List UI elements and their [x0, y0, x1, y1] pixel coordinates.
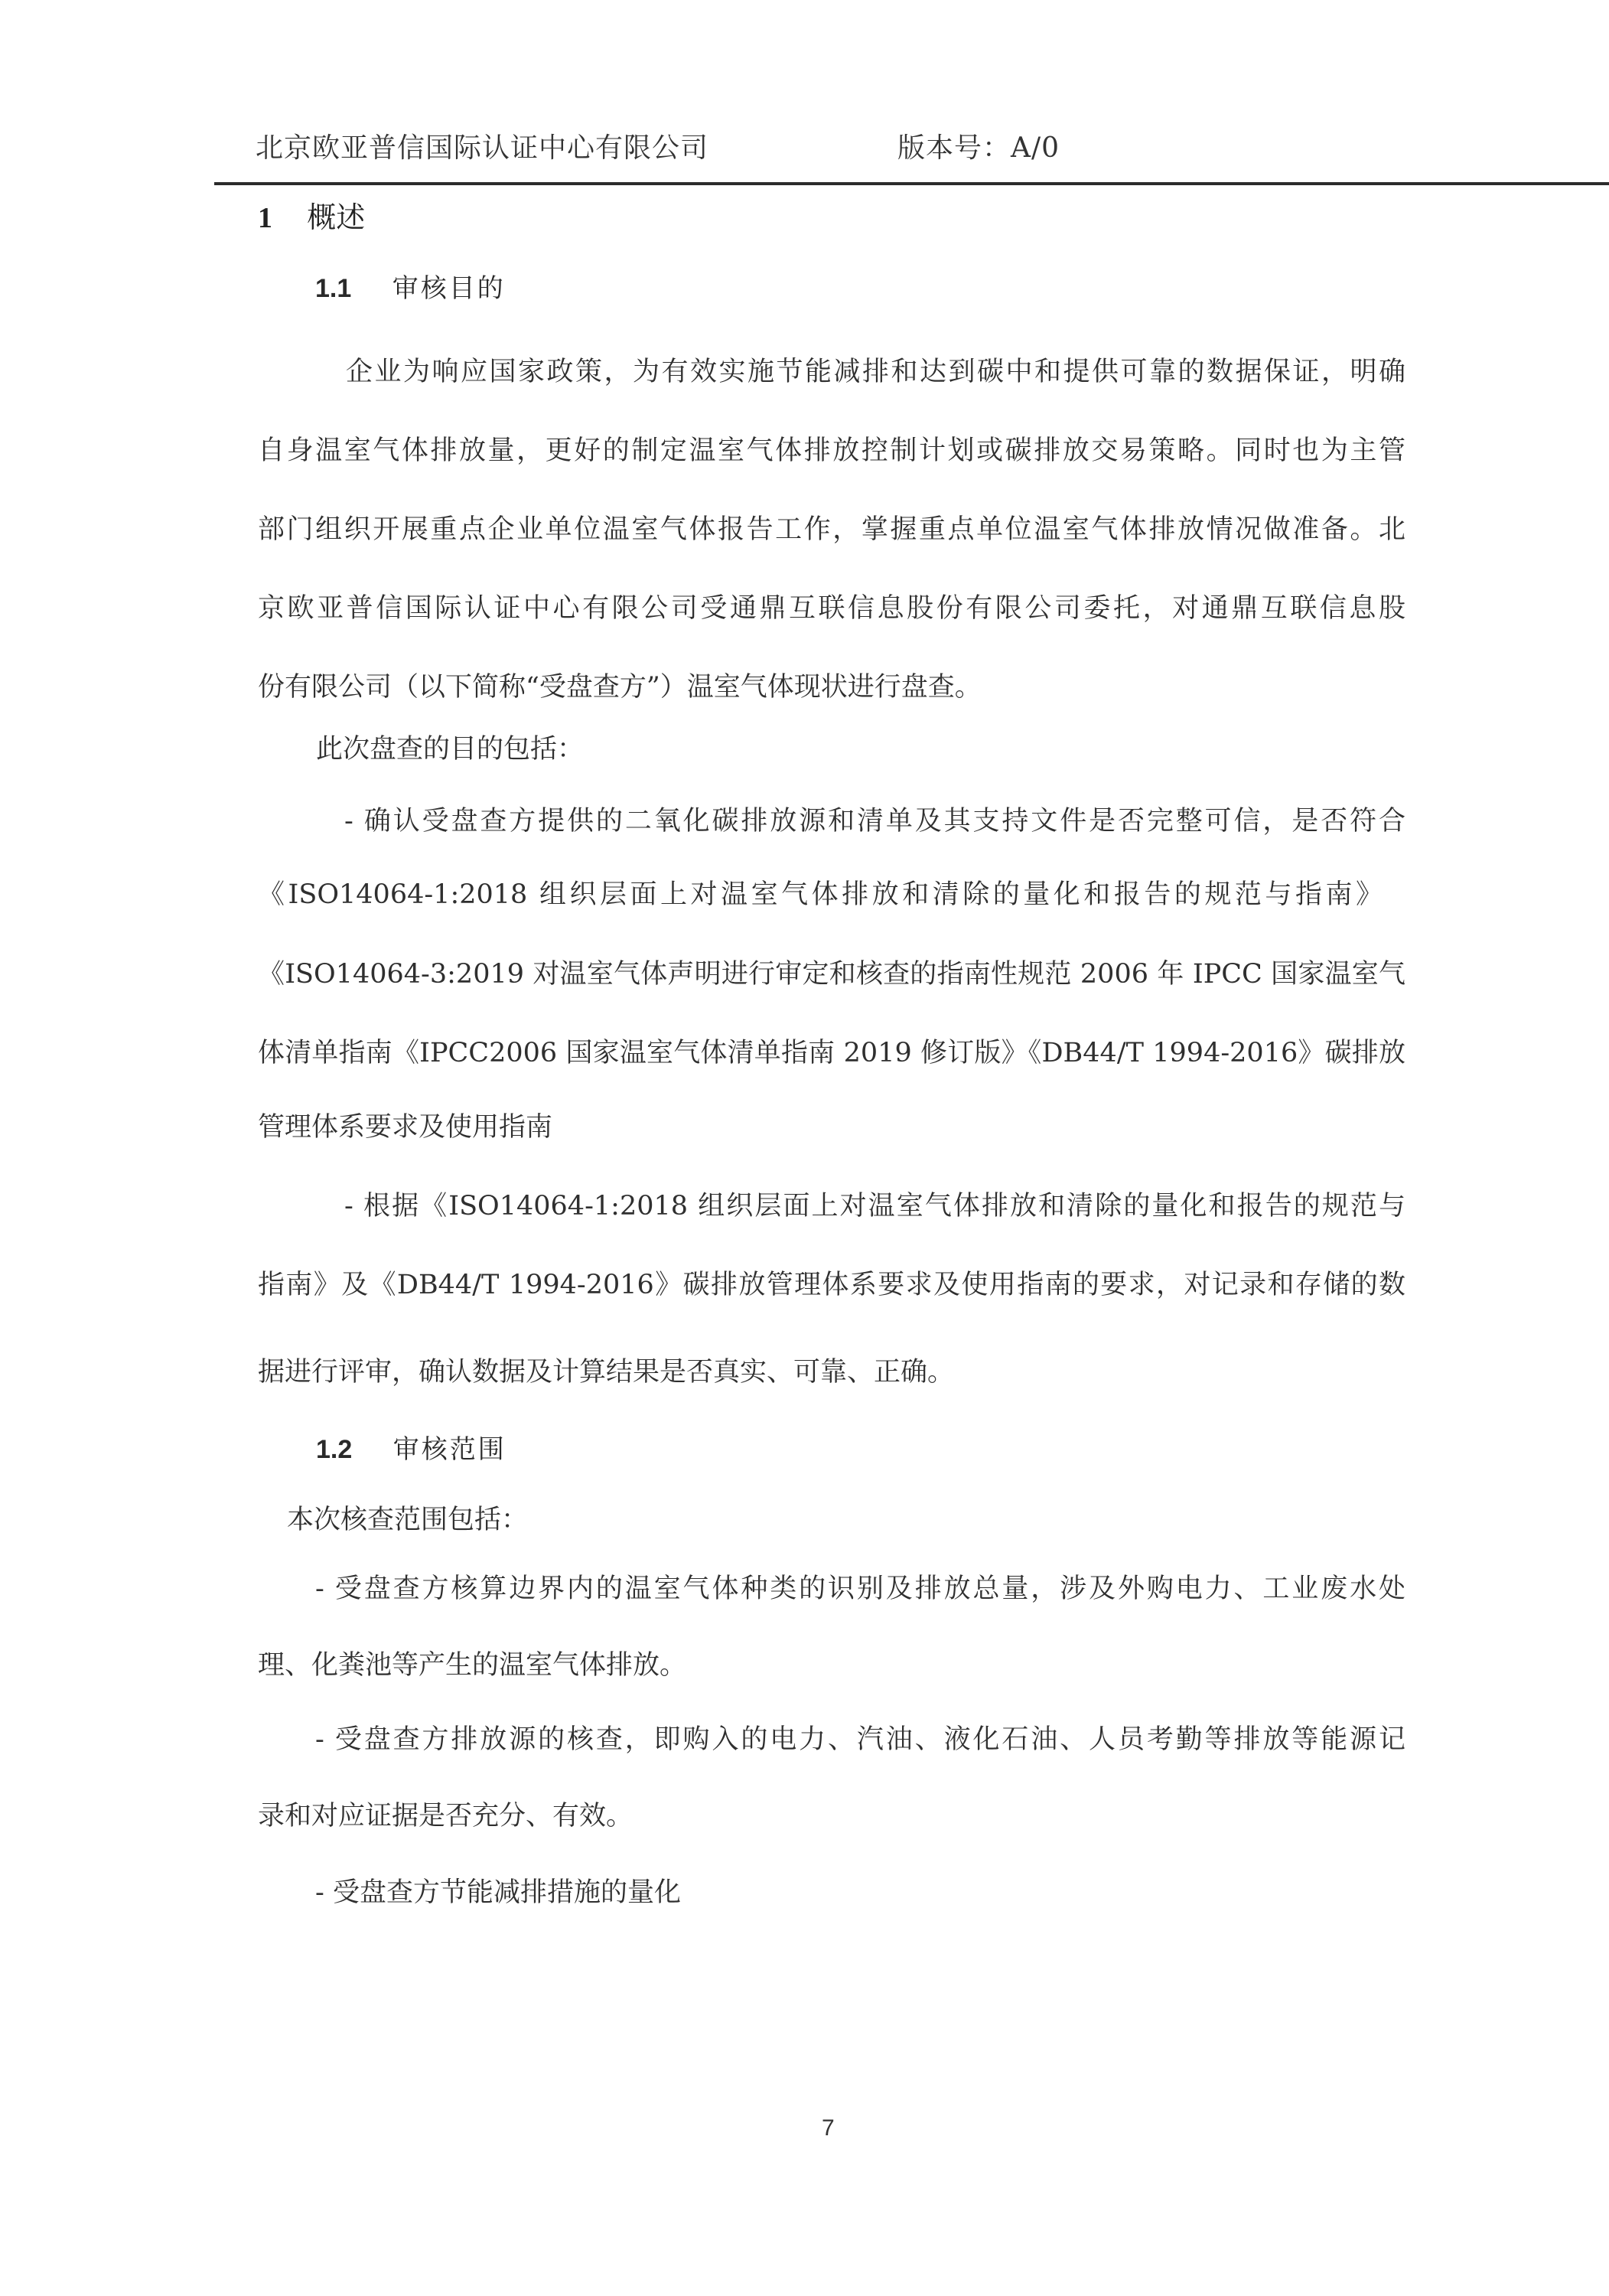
bullet-line: - 受盘查方核算边界内的温室气体种类的识别及排放总量，涉及外购电力、工业废水处 [315, 1572, 1405, 1606]
section-1-2-heading: 1.2 审核范围 [316, 1434, 506, 1465]
paragraph-line: 部门组织开展重点企业单位温室气体报告工作，掌握重点单位温室气体排放情况做准备。北 [258, 513, 1405, 546]
bullet-line: - 确认受盘查方提供的二氧化碳排放源和清单及其支持文件是否完整可信，是否符合 [344, 804, 1405, 838]
header-version: 版本号：A/0 [897, 132, 1060, 165]
section-1-heading: 1 概述 [258, 201, 365, 235]
paragraph-line: 体清单指南《IPCC2006 国家温室气体清单指南 2019 修订版》《DB44… [258, 1036, 1405, 1070]
paragraph-line: 指南》及《DB44/T 1994-2016》碳排放管理体系要求及使用指南的要求，… [258, 1268, 1405, 1302]
section-1-2-title: 审核范围 [393, 1434, 506, 1465]
paragraph-line: 企业为响应国家政策，为有效实施节能减排和达到碳中和提供可靠的数据保证，明确 [346, 355, 1405, 389]
section-1-2-number: 1.2 [316, 1435, 352, 1464]
section-1-1-title: 审核目的 [392, 273, 506, 304]
paragraph-line: 据进行评审，确认数据及计算结果是否真实、可靠、正确。 [258, 1355, 954, 1389]
section-1-1-number: 1.1 [315, 274, 351, 303]
section-1-title: 概述 [307, 201, 365, 234]
paragraph-line: 份有限公司（以下简称“受盘查方”）温室气体现状进行盘查。 [258, 670, 982, 704]
paragraph-line: 《ISO14064-1:2018 组织层面上对温室气体排放和清除的量化和报告的规… [258, 878, 1383, 912]
header-company: 北京欧亚普信国际认证中心有限公司 [256, 132, 708, 165]
paragraph-line: 此次盘查的目的包括： [316, 732, 584, 766]
paragraph-line: 《ISO14064-3:2019 对温室气体声明进行审定和核查的指南性规范 20… [258, 957, 1405, 991]
paragraph-line: 录和对应证据是否充分、有效。 [258, 1799, 633, 1833]
paragraph-line: 自身温室气体排放量，更好的制定温室气体排放控制计划或碳排放交易策略。同时也为主管 [258, 434, 1405, 468]
paragraph-line: 理、化粪池等产生的温室气体排放。 [258, 1649, 686, 1682]
bullet-line: - 根据《ISO14064-1:2018 组织层面上对温室气体排放和清除的量化和… [344, 1189, 1405, 1223]
bullet-line: - 受盘查方节能减排措施的量化 [315, 1876, 681, 1910]
bullet-line: - 受盘查方排放源的核查，即购入的电力、汽油、液化石油、人员考勤等排放等能源记 [315, 1723, 1405, 1756]
section-1-1-heading: 1.1 审核目的 [315, 273, 506, 304]
paragraph-line: 京欧亚普信国际认证中心有限公司受通鼎互联信息股份有限公司委托，对通鼎互联信息股 [258, 592, 1405, 625]
section-1-number: 1 [258, 202, 272, 234]
paragraph-line: 管理体系要求及使用指南 [258, 1110, 552, 1144]
page-number: 7 [822, 2115, 835, 2141]
paragraph-line: 本次核查范围包括： [287, 1503, 528, 1537]
header-rule [214, 182, 1609, 185]
